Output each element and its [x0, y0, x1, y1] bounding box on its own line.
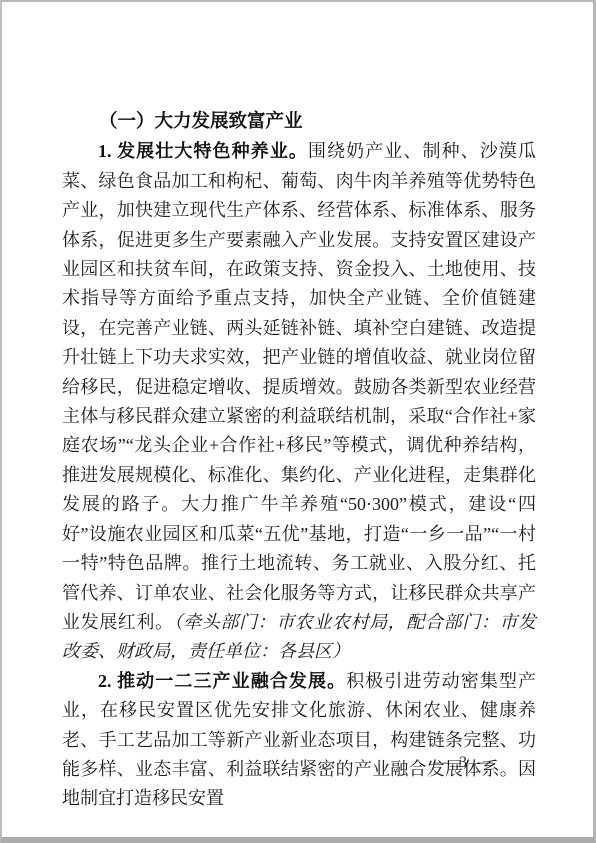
- paragraph-1-body: 围绕奶产业、制种、沙漠瓜菜、绿色食品加工和枸杞、葡萄、肉牛肉羊养殖等优势特色产业…: [62, 141, 536, 632]
- paragraph-2-body: 积极引进劳动密集型产业，在移民安置区优先安排文化旅游、休闲农业、健康养老、手工艺…: [62, 671, 536, 809]
- paragraph-1: 1. 发展壮大特色种养业。围绕奶产业、制种、沙漠瓜菜、绿色食品加工和枸杞、葡萄、…: [62, 137, 536, 666]
- document-page: （一）大力发展致富产业 1. 发展壮大特色种养业。围绕奶产业、制种、沙漠瓜菜、绿…: [0, 0, 596, 843]
- paragraph-2-lead: 2. 推动一二三产业融合发展。: [98, 671, 346, 691]
- paragraph-2: 2. 推动一二三产业融合发展。积极引进劳动密集型产业，在移民安置区优先安排文化旅…: [62, 667, 536, 814]
- page-number: — 3 —: [433, 754, 496, 772]
- section-heading: （一）大力发展致富产业: [62, 108, 536, 137]
- document-content: （一）大力发展致富产业 1. 发展壮大特色种养业。围绕奶产业、制种、沙漠瓜菜、绿…: [62, 108, 536, 814]
- paragraph-1-lead: 1. 发展壮大特色种养业。: [98, 141, 308, 161]
